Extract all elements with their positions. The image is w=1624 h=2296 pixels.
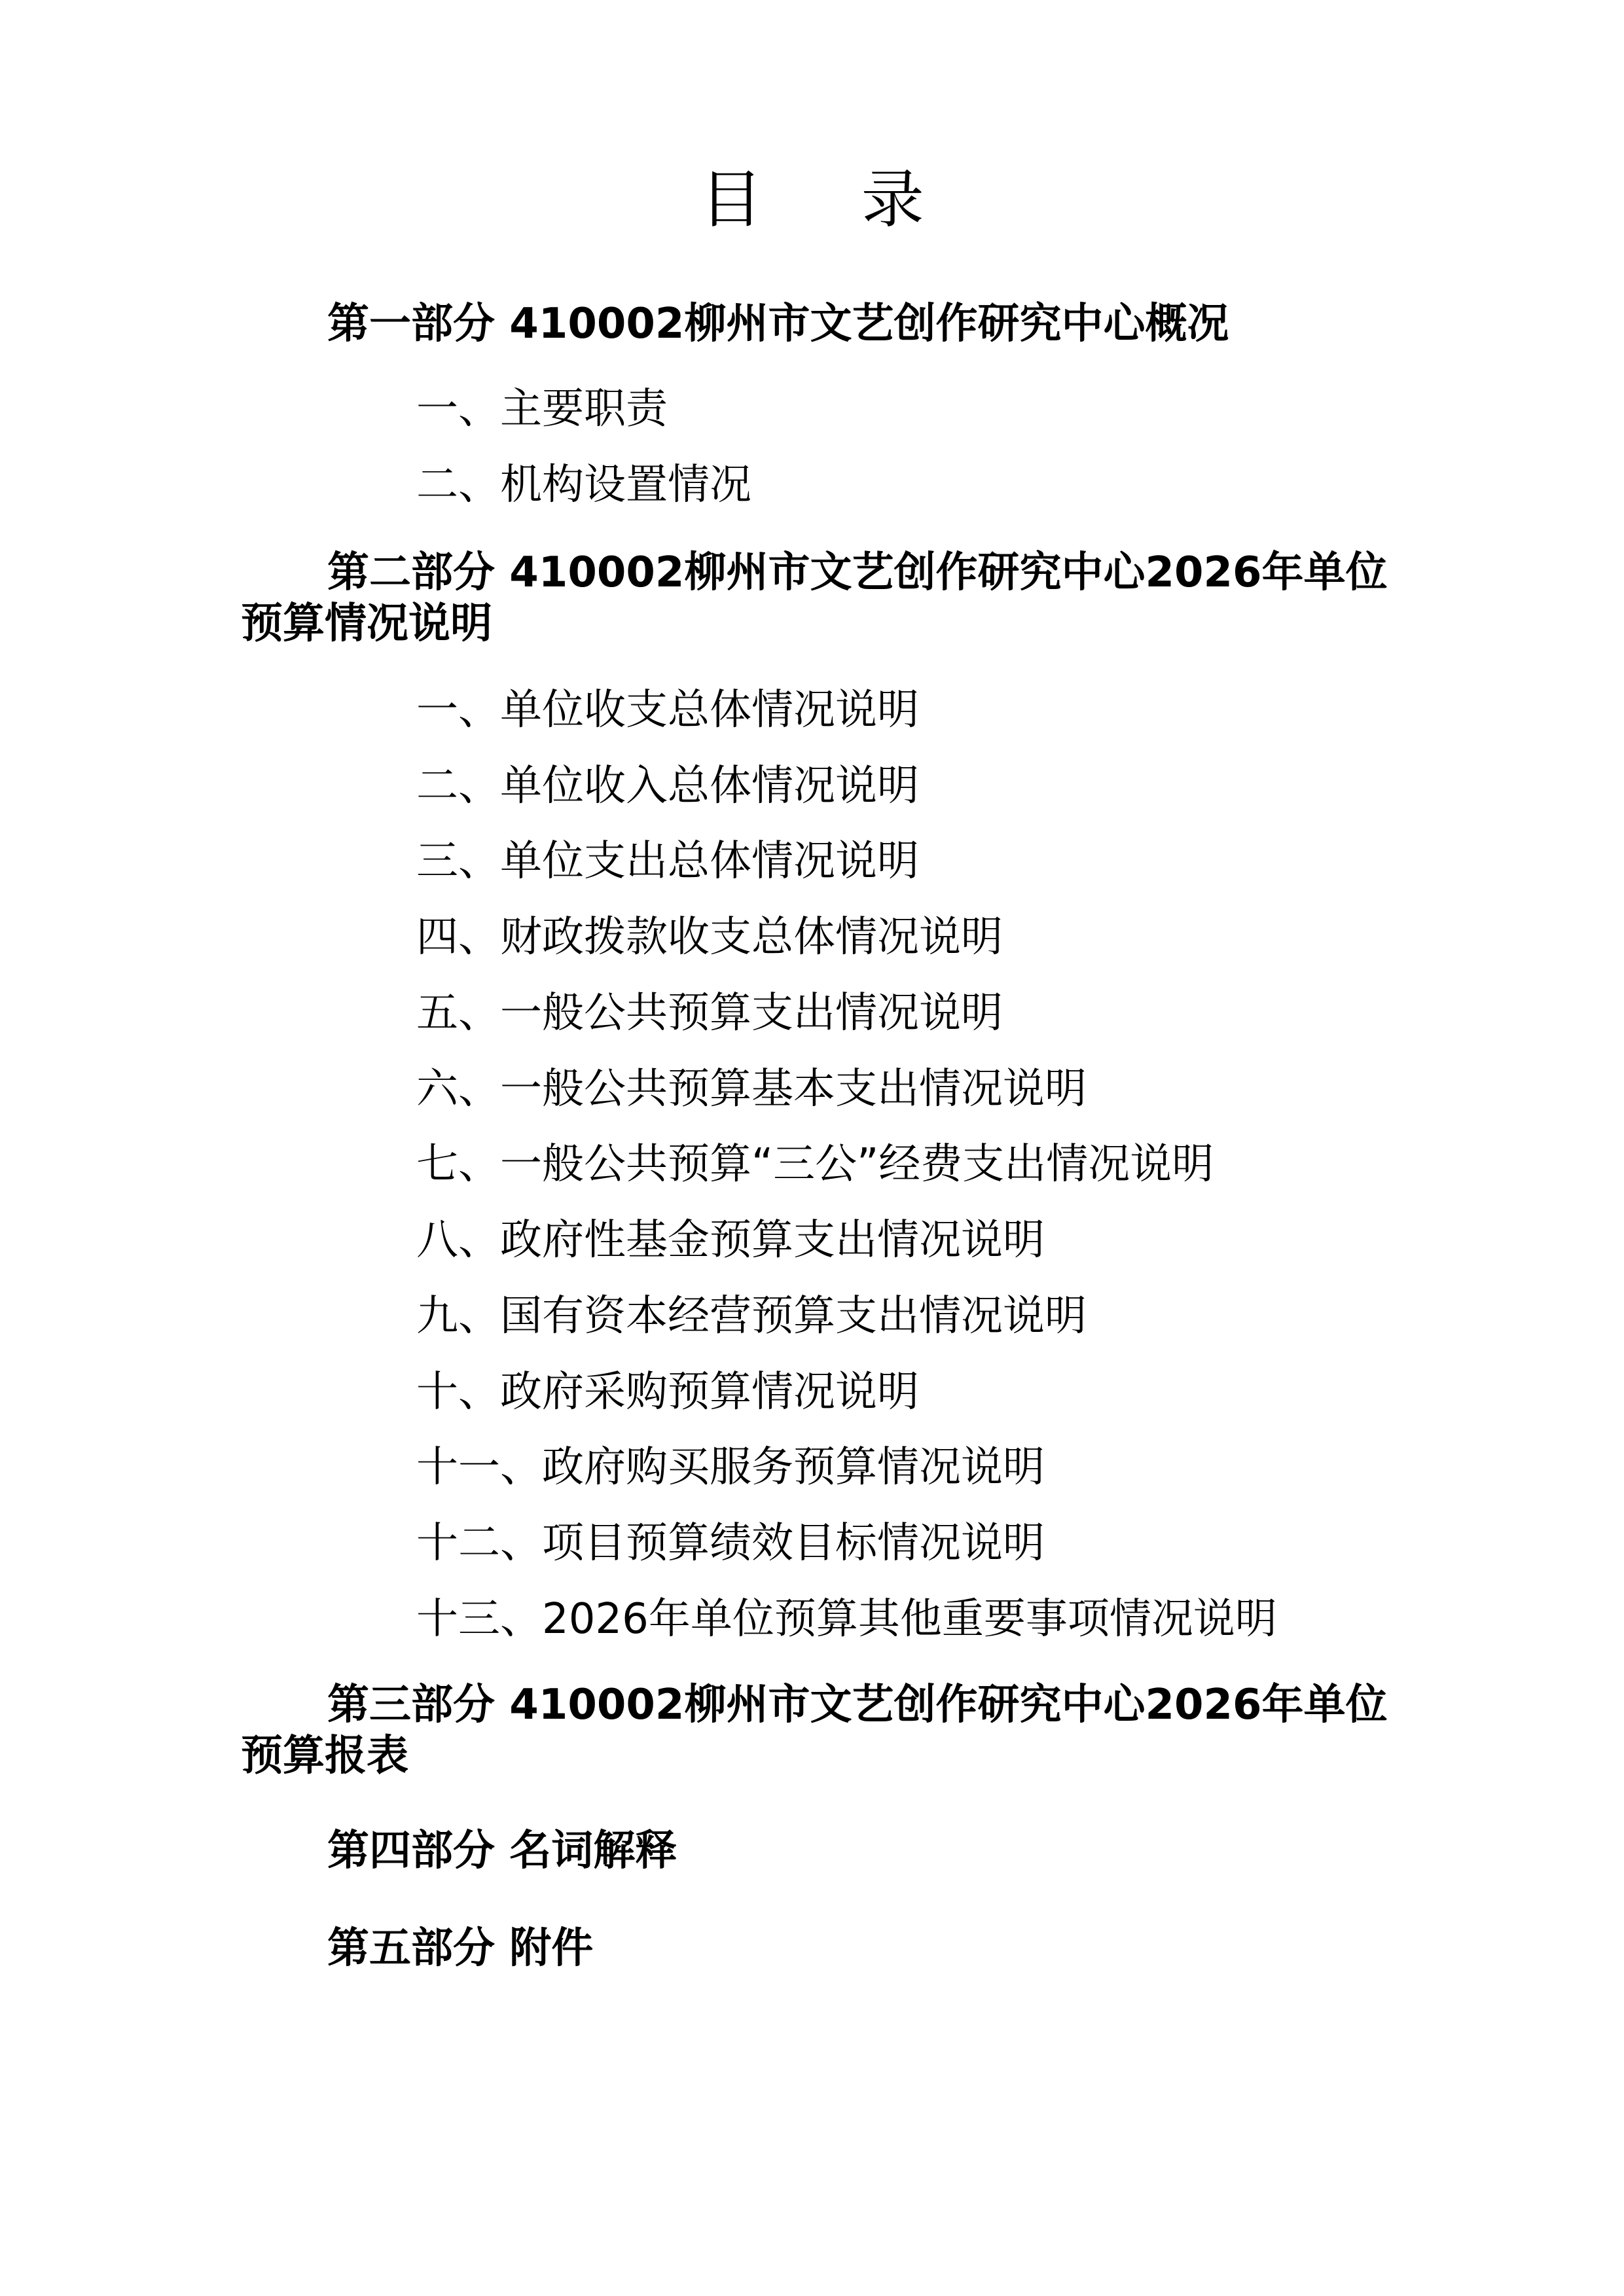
page-title: 目 录	[0, 164, 1624, 236]
toc-item-2-12[interactable]: 十二、项目预算绩效目标情况说明	[416, 1518, 1045, 1569]
toc-item-2-9[interactable]: 九、国有资本经营预算支出情况说明	[416, 1291, 1087, 1342]
toc-item-2-3[interactable]: 三、单位支出总体情况说明	[416, 836, 919, 887]
toc-item-2-8[interactable]: 八、政府性基金预算支出情况说明	[416, 1215, 1045, 1266]
toc-item-1-2[interactable]: 二、机构设置情况	[416, 459, 751, 511]
toc-part-1[interactable]: 第一部分 410002柳州市文艺创作研究中心概况	[241, 298, 1413, 350]
toc-part-3[interactable]: 第三部分 410002柳州市文艺创作研究中心2026年单位预算报表	[241, 1679, 1413, 1782]
toc-item-2-13[interactable]: 十三、2026年单位预算其他重要事项情况说明	[416, 1594, 1277, 1645]
toc-item-2-6[interactable]: 六、一般公共预算基本支出情况说明	[416, 1064, 1087, 1115]
toc-item-2-1[interactable]: 一、单位收支总体情况说明	[416, 685, 919, 736]
toc-part-5[interactable]: 第五部分 附件	[241, 1923, 1413, 1974]
toc-item-1-1[interactable]: 一、主要职责	[416, 384, 668, 435]
toc-part-4[interactable]: 第四部分 名词解释	[241, 1825, 1413, 1876]
toc-item-2-2[interactable]: 二、单位收入总体情况说明	[416, 761, 919, 812]
toc-item-2-11[interactable]: 十一、政府购买服务预算情况说明	[416, 1442, 1045, 1493]
toc-item-2-4[interactable]: 四、财政拨款收支总体情况说明	[416, 912, 1003, 963]
toc-item-2-10[interactable]: 十、政府采购预算情况说明	[416, 1367, 919, 1418]
toc-item-2-5[interactable]: 五、一般公共预算支出情况说明	[416, 988, 1003, 1039]
toc-part-2[interactable]: 第二部分 410002柳州市文艺创作研究中心2026年单位预算情况说明	[241, 547, 1413, 649]
toc-item-2-7[interactable]: 七、一般公共预算“三公”经费支出情况说明	[416, 1139, 1214, 1190]
